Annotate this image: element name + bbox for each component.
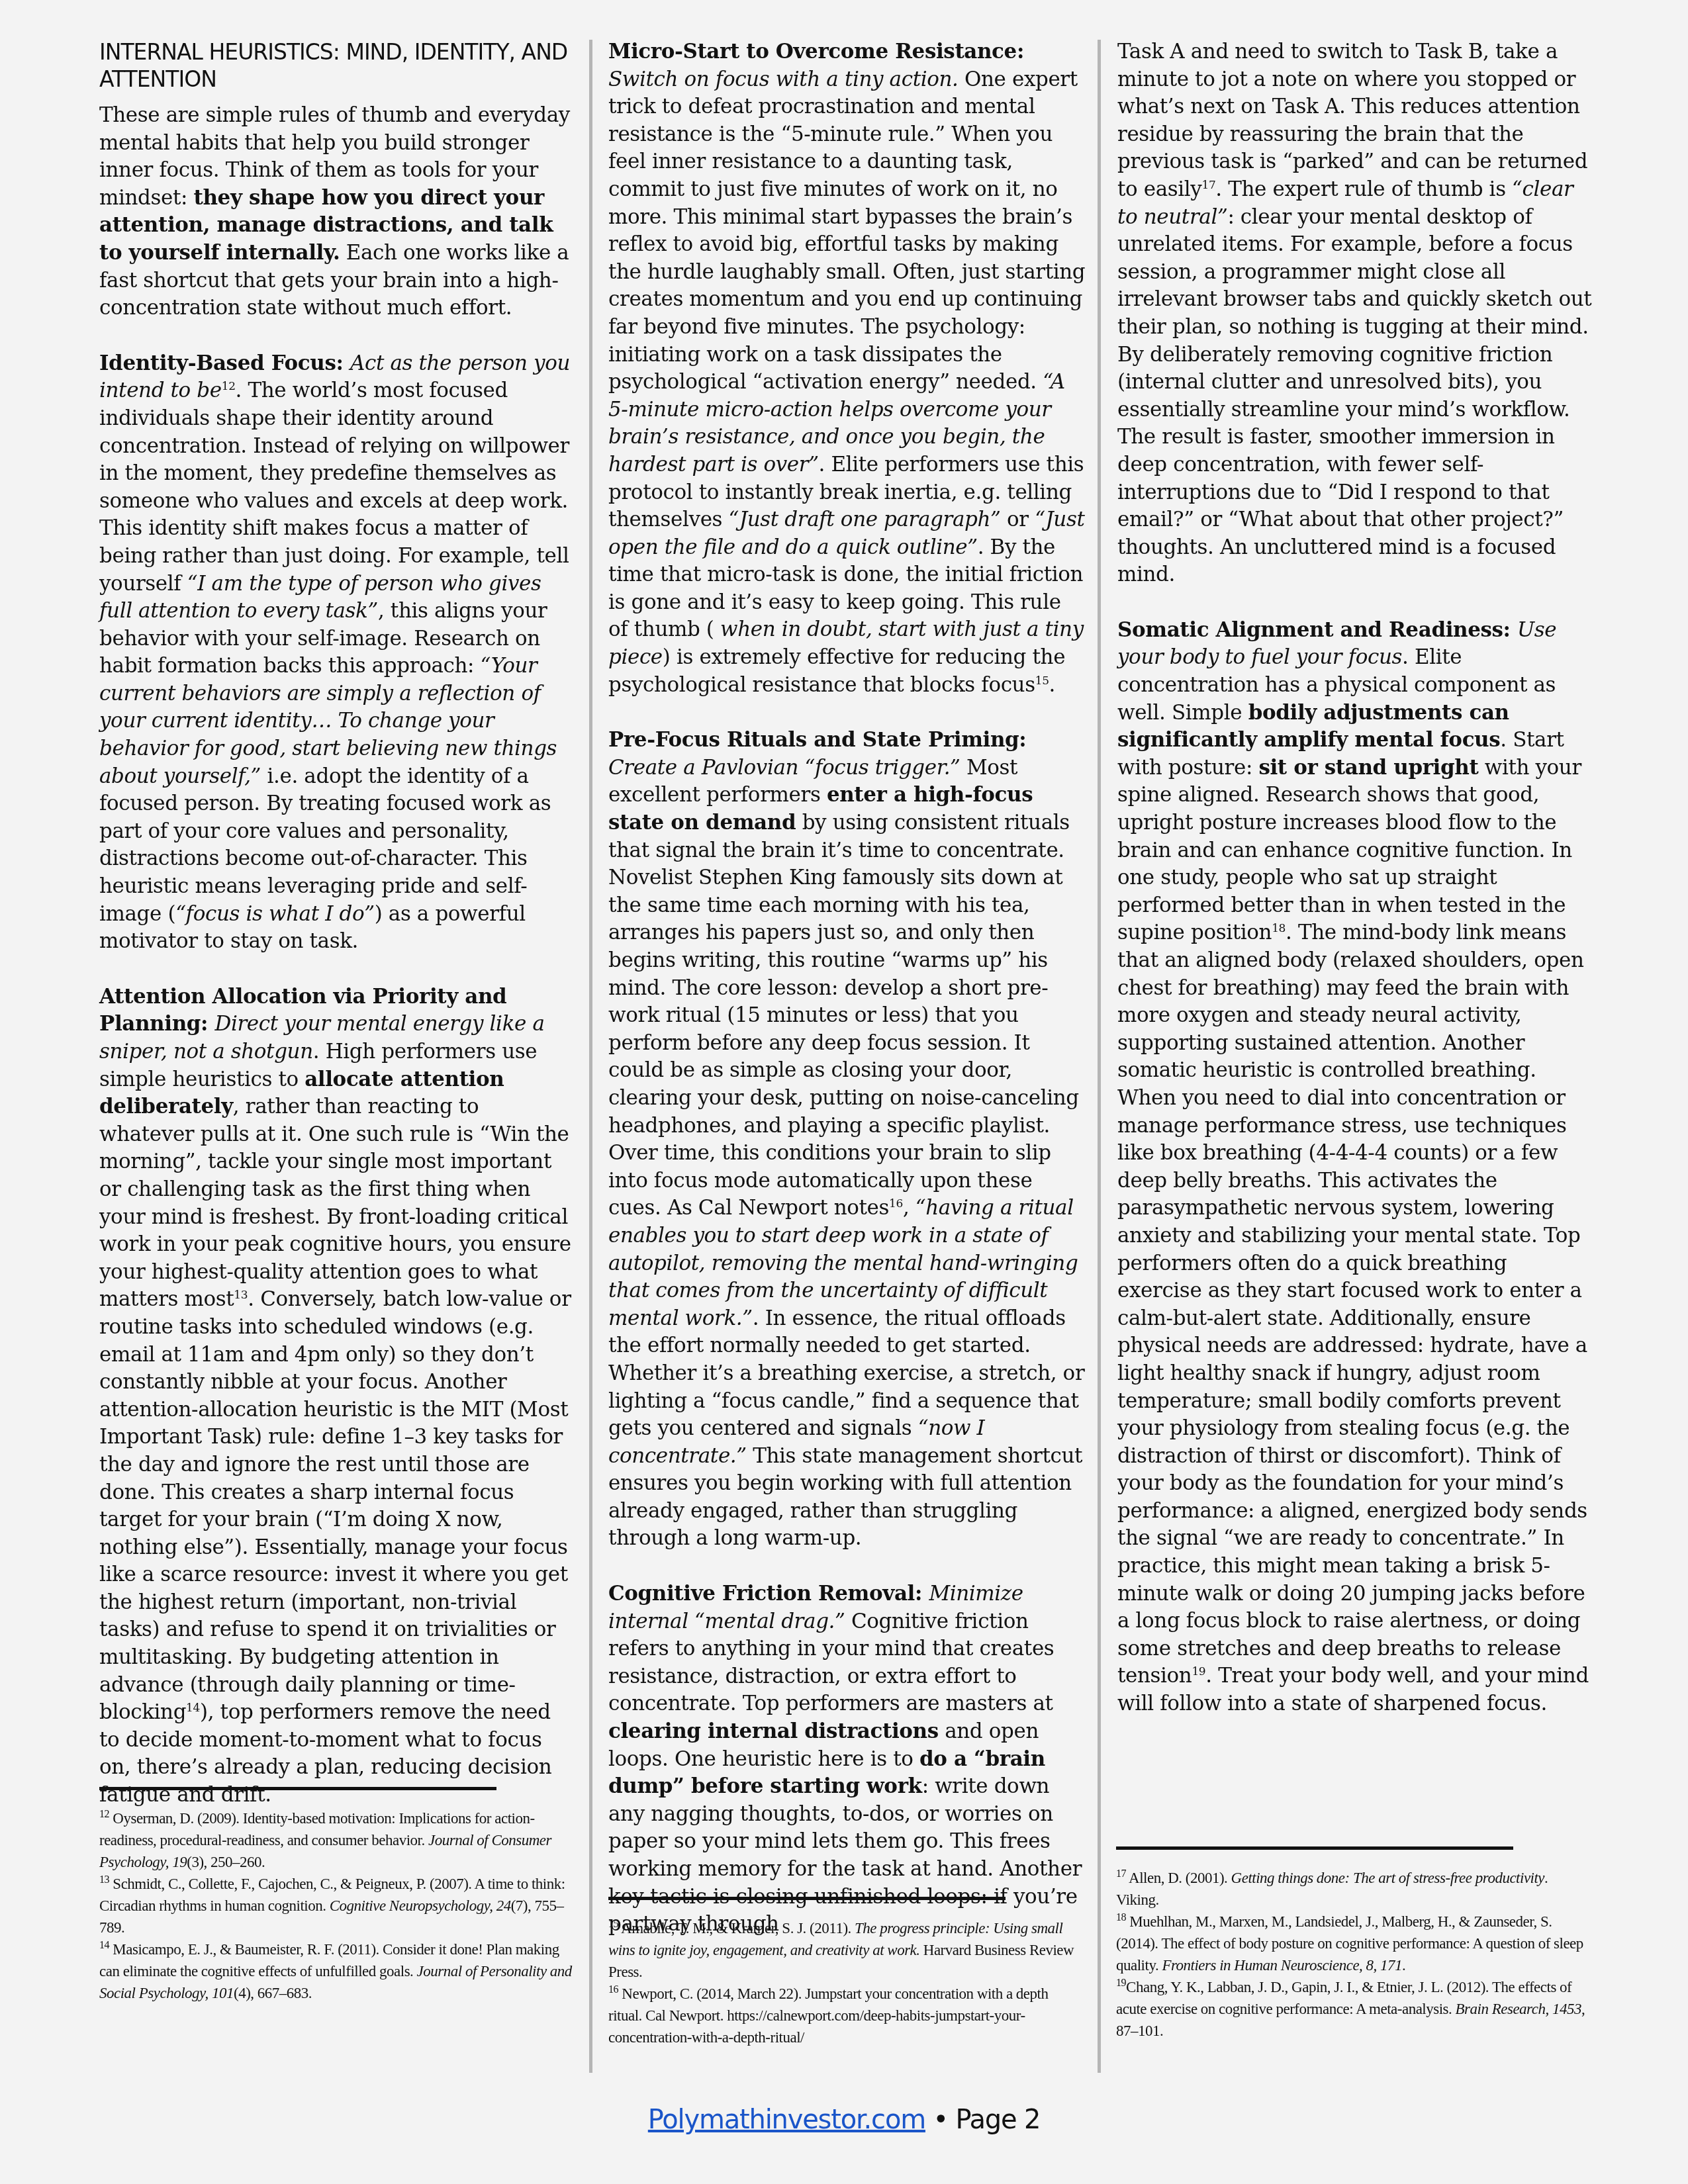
footnote-rule — [99, 1787, 496, 1790]
footer-separator: • — [925, 2105, 955, 2135]
footnote-number: 12 — [99, 1809, 109, 1820]
footnote-18: 18 Muehlhan, M., Marxen, M., Landsiedel,… — [1116, 1911, 1593, 1976]
page-footer: Polymathinvestor.com • Page 2 — [0, 2105, 1688, 2135]
footnote-16: 16 Newport, C. (2014, March 22). Jumpsta… — [608, 1983, 1085, 2048]
footnote-ref: 17 — [1201, 179, 1215, 192]
heuristic-pre-focus-rituals: Pre-Focus Rituals and State Priming: Cre… — [608, 727, 1086, 1553]
heuristic-cognitive-friction-continued: Task A and need to switch to Task B, tak… — [1117, 38, 1595, 589]
heuristic-somatic-alignment: Somatic Alignment and Readiness: Use you… — [1117, 617, 1595, 1718]
footnotes-column-3: 17 Allen, D. (2001). Getting things done… — [1116, 1846, 1593, 2042]
heuristic-title: Pre-Focus Rituals and State Priming: — [608, 728, 1026, 752]
footnote-number: 15 — [608, 1919, 618, 1930]
site-link[interactable]: Polymathinvestor.com — [648, 2105, 925, 2135]
heuristic-title: Micro-Start to Overcome Resistance: — [608, 40, 1024, 64]
heuristic-attention-allocation: Attention Allocation via Priority and Pl… — [99, 983, 576, 1809]
footnote-rule — [608, 1897, 1006, 1900]
footnote-number: 13 — [99, 1874, 109, 1886]
section-title: INTERNAL HEURISTICS: MIND, IDENTITY, AND… — [99, 38, 576, 93]
column-2: Micro-Start to Overcome Resistance: Swit… — [608, 38, 1086, 1966]
footnote-number: 18 — [1116, 1912, 1126, 1923]
column-1: INTERNAL HEURISTICS: MIND, IDENTITY, AND… — [99, 38, 576, 1837]
footnotes-column-1: 12 Oyserman, D. (2009). Identity-based m… — [99, 1787, 576, 2004]
footnote-ref: 19 — [1192, 1665, 1205, 1678]
heuristic-title: Identity-Based Focus: — [99, 351, 350, 375]
footnote-rule — [1116, 1846, 1513, 1850]
footnote-13: 13 Schmidt, C., Collette, F., Cajochen, … — [99, 1873, 576, 1938]
footnote-number: 16 — [608, 1984, 618, 1995]
footnotes-column-2: 15 Amabile, T. M., & Kramer, S. J. (2011… — [608, 1897, 1085, 2048]
column-3: Task A and need to switch to Task B, tak… — [1117, 38, 1595, 1746]
footnote-ref: 15 — [1035, 674, 1049, 687]
page-number: Page 2 — [955, 2105, 1040, 2135]
footnote-15: 15 Amabile, T. M., & Kramer, S. J. (2011… — [608, 1917, 1085, 1983]
footnote-ref: 13 — [234, 1289, 248, 1302]
column-divider — [1098, 40, 1101, 2073]
footnote-ref: 12 — [222, 380, 236, 393]
column-divider — [589, 40, 592, 2073]
heuristic-title: Somatic Alignment and Readiness: — [1117, 618, 1517, 642]
heuristic-title: Cognitive Friction Removal: — [608, 1582, 929, 1606]
footnote-number: 19 — [1116, 1978, 1126, 1989]
footnote-ref: 18 — [1272, 922, 1286, 935]
footnote-ref: 16 — [889, 1197, 903, 1210]
footnote-19: 19Chang, Y. K., Labban, J. D., Gapin, J.… — [1116, 1976, 1593, 2042]
footnote-14: 14 Masicampo, E. J., & Baumeister, R. F.… — [99, 1938, 576, 2004]
heuristic-identity-based-focus: Identity-Based Focus: Act as the person … — [99, 350, 576, 956]
footnote-number: 14 — [99, 1940, 109, 1951]
footnote-number: 17 — [1116, 1868, 1126, 1880]
footnote-12: 12 Oyserman, D. (2009). Identity-based m… — [99, 1807, 576, 1873]
intro-paragraph: These are simple rules of thumb and ever… — [99, 102, 576, 322]
heuristic-cognitive-friction: Cognitive Friction Removal: Minimize int… — [608, 1580, 1086, 1938]
footnote-17: 17 Allen, D. (2001). Getting things done… — [1116, 1867, 1593, 1911]
heuristic-micro-start: Micro-Start to Overcome Resistance: Swit… — [608, 38, 1086, 699]
footnote-ref: 14 — [186, 1702, 200, 1715]
